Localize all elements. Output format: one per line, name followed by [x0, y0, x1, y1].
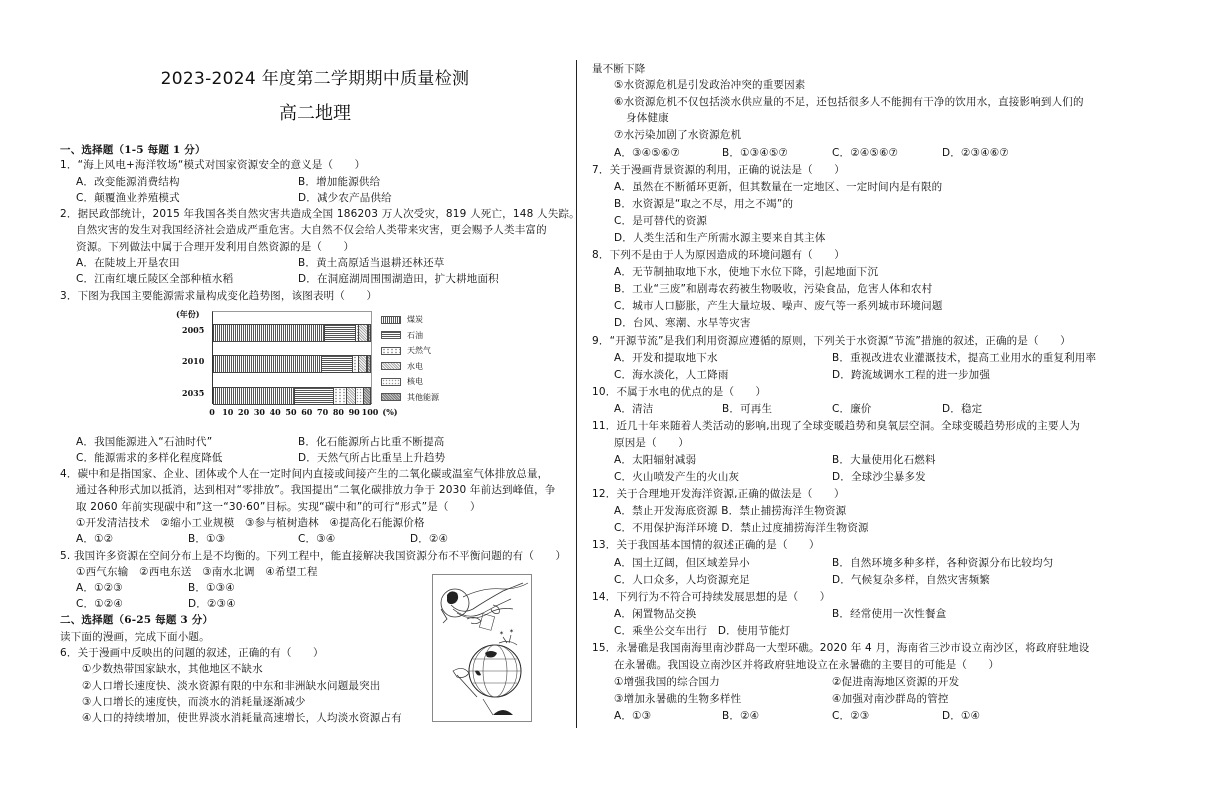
question-line: 自然灾害的发生对我国经济社会造成严重危害。大自然不仅会给人类带来灾害，更会赐予人…: [76, 223, 547, 237]
bar-segment: [214, 325, 325, 341]
chart-category-2035: 2035: [182, 388, 204, 398]
question-line: B．经常使用一次性餐盒: [832, 607, 946, 621]
question-line: 量不断下降: [592, 62, 646, 76]
x-tick-label: 100: [362, 407, 379, 417]
x-tick-label: 0: [209, 407, 215, 417]
question-line: D．天然气所占比重呈上升趋势: [298, 451, 445, 465]
question-line: B．①③: [188, 532, 225, 546]
question-line: A．③④⑤⑥⑦: [614, 146, 680, 160]
question-line: B．自然环境多种多样，各种资源分布比较均匀: [832, 556, 1053, 570]
question-line: C．①②④: [76, 597, 123, 611]
legend-swatch-icon: [381, 316, 401, 324]
chart-y-label: (年份): [176, 309, 200, 320]
question-line: C．能源需求的多样化程度降低: [76, 451, 223, 465]
question-line: 12．关于合理地开发海洋资源,正确的做法是（ ）: [592, 487, 845, 501]
question-line: 在永暑礁。我国设立南沙区并将政府驻地设立在永暑礁的主要目的可能是（ ）: [614, 658, 999, 672]
cartoon-image: ✶ ✶: [432, 574, 532, 722]
question-line: D．全球沙尘暴多发: [832, 470, 926, 484]
bar-segment: [334, 388, 346, 404]
question-line: D．跨流域调水工程的进一步加强: [832, 368, 990, 382]
x-tick-label: 50: [285, 407, 296, 417]
question-line: B．①③④: [188, 581, 235, 595]
exam-subject: 高二地理: [60, 99, 570, 125]
question-line: A．①②: [76, 532, 113, 546]
question-line: D．②③④: [188, 597, 236, 611]
question-line: 1．“海上风电+海洋牧场“模式对国家资源安全的意义是（ ）: [60, 158, 365, 172]
question-line: A．虽然在不断循环更新，但其数量在一定地区、一定时间内是有限的: [614, 180, 942, 194]
legend-label: 天然气: [407, 345, 431, 356]
question-line: D．气候复杂多样，自然灾害频繁: [832, 573, 990, 587]
bar-segment: [368, 356, 370, 372]
legend-swatch-icon: [381, 331, 401, 339]
question-line: B．化石能源所占比重不断提高: [298, 435, 445, 449]
question-line: 11．近几十年来随着人类活动的影响,出现了全球变暖趋势和臭氧层空洞。全球变暖趋势…: [592, 419, 1080, 433]
question-line: B．①③④⑤⑦: [722, 146, 788, 160]
question-line: D．减少农产品供给: [298, 191, 392, 205]
question-line: D．②④: [410, 532, 448, 546]
question-line: C．③④: [298, 532, 335, 546]
question-line: D．②③④⑥⑦: [942, 146, 1009, 160]
x-tick-label: 40: [270, 407, 281, 417]
question-line: 9．“开源节流”是我们利用资源应遵循的原则，下列关于水资源“节流”措施的叙述，正…: [592, 334, 1071, 348]
question-line: B．黄土高原适当退耕还林还草: [298, 256, 445, 270]
question-line: A．①③: [614, 709, 651, 723]
question-line: B．②④: [722, 709, 759, 723]
question-line: 通过各种形式加以抵消，达到相对“零排放”。我国提出“二氧化碳排放力争于 2030…: [76, 483, 556, 497]
question-line: 6．关于漫画中反映出的问题的叙述，正确的有（ ）: [60, 646, 324, 660]
question-line: C．人口众多，人均资源充足: [614, 573, 750, 587]
question-line: A．太阳辐射减弱: [614, 453, 696, 467]
question-line: B．大量使用化石燃料: [832, 453, 936, 467]
question-line: ③人口增长的速度快，而淡水的消耗量逐渐减少: [82, 695, 306, 709]
legend-swatch-icon: [381, 393, 401, 401]
chart-category-2005: 2005: [182, 325, 204, 335]
x-tick-label: 10: [222, 407, 233, 417]
question-line: A．①②③: [76, 581, 123, 595]
bar-segment: [214, 356, 322, 372]
chart-bar-2035: [213, 387, 371, 405]
question-line: D．台风、寒潮、水旱等灾害: [614, 316, 751, 330]
question-line: C．是可替代的资源: [614, 214, 707, 228]
bar-segment: [347, 388, 356, 404]
question-line: ⑥水资源危机不仅包括淡水供应量的不足，还包括很多人不能拥有干净的饮用水，直接影响…: [614, 95, 1084, 109]
question-line: C．颠覆渔业养殖模式: [76, 191, 180, 205]
question-line: A．闲置物品交换: [614, 607, 696, 621]
legend-label: 石油: [407, 330, 423, 341]
legend-label: 核电: [407, 376, 423, 387]
question-line: 资源。下列做法中属于合理开发利用自然资源的是（ ）: [76, 240, 354, 254]
question-line: ①增强我国的综合国力: [614, 675, 720, 689]
question-line: B．可再生: [722, 402, 772, 416]
exam-title: 2023-2024 年度第二学期期中质量检测: [60, 64, 570, 89]
question-line: B．工业“三废”和剧毒农药被生物吸收，污染食品，危害人体和农村: [614, 282, 932, 296]
question-line: A．我国能源进入“石油时代”: [76, 435, 212, 449]
bar-segment: [322, 356, 353, 372]
bar-segment: [359, 356, 367, 372]
question-line: C．②④⑤⑥⑦: [832, 146, 898, 160]
question-line: ⑦水污染加剧了水资源危机: [614, 128, 741, 142]
svg-text:✶: ✶: [499, 630, 504, 637]
legend-label: 其他能源: [407, 392, 439, 403]
legend-item: 其他能源: [381, 390, 439, 406]
question-line: ②促进南海地区资源的开发: [832, 675, 959, 689]
question-line: A．无节制抽取地下水，使地下水位下降，引起地面下沉: [614, 265, 878, 279]
question-line: ①西气东输 ②西电东送 ③南水北调 ④希望工程: [76, 565, 318, 579]
legend-swatch-icon: [381, 378, 401, 386]
section-heading: 一、选择题（1-5 每题 1 分）: [60, 143, 206, 157]
legend-label: 水电: [407, 361, 423, 372]
legend-item: 水电: [381, 359, 439, 375]
bar-segment: [325, 325, 356, 341]
question-line: 4．碳中和是指国家、企业、团体或个人在一定时间内直接或间接产生的二氧化碳或温室气…: [60, 467, 548, 481]
question-line: 读下面的漫画，完成下面小题。: [60, 630, 210, 644]
question-line: 取 2060 年前实现碳中和”这一“30·60”目标。实现“碳中和”的可行“形式…: [76, 500, 481, 514]
question-line: 原因是（ ）: [614, 436, 689, 450]
question-line: 2．据民政部统计，2015 年我国各类自然灾害共造成全国 186203 万人次受…: [60, 207, 580, 221]
question-line: A．禁止开发海底资源 B．禁止捕捞海洋生物资源: [614, 504, 846, 518]
question-line: C．②③: [832, 709, 869, 723]
bar-segment: [359, 325, 368, 341]
chart-bar-2005: [213, 324, 371, 342]
x-tick-label: 90: [349, 407, 360, 417]
section-heading: 二、选择题（6-25 每题 3 分）: [60, 613, 213, 627]
x-tick-label: 70: [317, 407, 328, 417]
question-line: C．乘坐公交车出行 D．使用节能灯: [614, 624, 790, 638]
question-line: 13．关于我国基本国情的叙述正确的是（ ）: [592, 538, 820, 552]
x-tick-label: 60: [301, 407, 312, 417]
question-line: ②人口增长速度快、淡水资源有限的中东和非洲缺水问题最突出: [82, 679, 381, 693]
chart-plot-area: [212, 311, 372, 404]
bar-segment: [364, 388, 370, 404]
legend-item: 石油: [381, 328, 439, 344]
chart-bar-2010: [213, 355, 371, 373]
question-line: D．稳定: [942, 402, 982, 416]
bar-segment: [356, 388, 364, 404]
question-line: C．海水淡化，人工降雨: [614, 368, 729, 382]
energy-demand-chart: (年份) 2005 2010 2035 01020304050607080901…: [176, 309, 456, 434]
question-line: ④加强对南沙群岛的管控: [832, 692, 949, 706]
legend-item: 核电: [381, 374, 439, 390]
question-line: C．廉价: [832, 402, 872, 416]
question-line: B．重视改进农业灌溉技术，提高工业用水的重复利用率: [832, 351, 1096, 365]
bar-segment: [295, 388, 334, 404]
question-line: B．水资源是“取之不尽，用之不竭”的: [614, 197, 793, 211]
question-line: A．清洁: [614, 402, 653, 416]
x-tick-label: 30: [254, 407, 265, 417]
question-line: 3．下图为我国主要能源需求量构成变化趋势图，该图表明（ ）: [60, 289, 377, 303]
question-line: ⑤水资源危机是引发政治冲突的重要因素: [614, 78, 806, 92]
question-line: 15．永暑礁是我国南海里南沙群岛一大型环礁。2020 年 4 月，海南省三沙市设…: [592, 641, 1089, 655]
question-line: C．火山喷发产生的火山灰: [614, 470, 739, 484]
question-line: ④人口的持续增加，使世界淡水消耗量高速增长，人均淡水资源占有: [82, 711, 402, 725]
bar-segment: [369, 325, 370, 341]
column-divider: [576, 60, 577, 728]
question-line: D．①④: [942, 709, 980, 723]
question-line: A．在陡坡上开垦农田: [76, 256, 180, 270]
question-line: 10．不属于水电的优点的是（ ）: [592, 385, 766, 399]
question-line: 5. 我国许多资源在空间分布上是不均衡的。下列工程中，能直接解决我国资源分布不平…: [60, 549, 566, 563]
legend-item: 煤炭: [381, 312, 439, 328]
question-line: ①开发清洁技术 ②缩小工业规模 ③参与植树造林 ④提高化石能源价格: [76, 516, 425, 530]
legend-label: 煤炭: [407, 314, 423, 325]
question-line: ①少数热带国家缺水，其他地区不缺水: [82, 662, 263, 676]
svg-text:✶: ✶: [509, 628, 514, 635]
question-line: D．人类生活和生产所需水源主要来自其主体: [614, 231, 826, 245]
question-line: A．国土辽阔，但区域差异小: [614, 556, 750, 570]
question-line: C．江南红壤丘陵区全部种植水稻: [76, 272, 233, 286]
question-line: C．不用保护海洋环境 D．禁止过度捕捞海洋生物资源: [614, 521, 869, 535]
legend-item: 天然气: [381, 343, 439, 359]
x-tick-label: 20: [238, 407, 249, 417]
question-line: 身体健康: [626, 111, 669, 125]
question-line: ③增加永暑礁的生物多样性: [614, 692, 741, 706]
chart-category-2010: 2010: [182, 356, 204, 366]
question-line: A．改变能源消费结构: [76, 175, 180, 189]
question-line: 8．下列不是由于人为原因造成的环境问题有（ ）: [592, 248, 845, 262]
x-axis-unit: (%): [382, 407, 397, 417]
question-line: B．增加能源供给: [298, 175, 380, 189]
x-tick-label: 80: [333, 407, 344, 417]
question-line: A．开发和提取地下水: [614, 351, 718, 365]
exam-page: 2023-2024 年度第二学期期中质量检测 高二地理 一、选择题（1-5 每题…: [0, 0, 1232, 798]
bar-segment: [214, 388, 295, 404]
question-line: 14．下列行为不符合可持续发展思想的是（ ）: [592, 590, 830, 604]
question-line: C．城市人口膨胀，产生大量垃圾、噪声、废气等一系列城市环境问题: [614, 299, 943, 313]
legend-swatch-icon: [381, 362, 401, 370]
chart-legend: 煤炭石油天然气水电核电其他能源: [381, 312, 439, 405]
legend-swatch-icon: [381, 347, 401, 355]
question-line: 7．关于漫画背景资源的利用，正确的说法是（ ）: [592, 163, 845, 177]
cartoon-illustration-icon: ✶ ✶: [433, 575, 532, 722]
question-line: D．在洞庭湖周围围湖造田，扩大耕地面积: [298, 272, 499, 286]
